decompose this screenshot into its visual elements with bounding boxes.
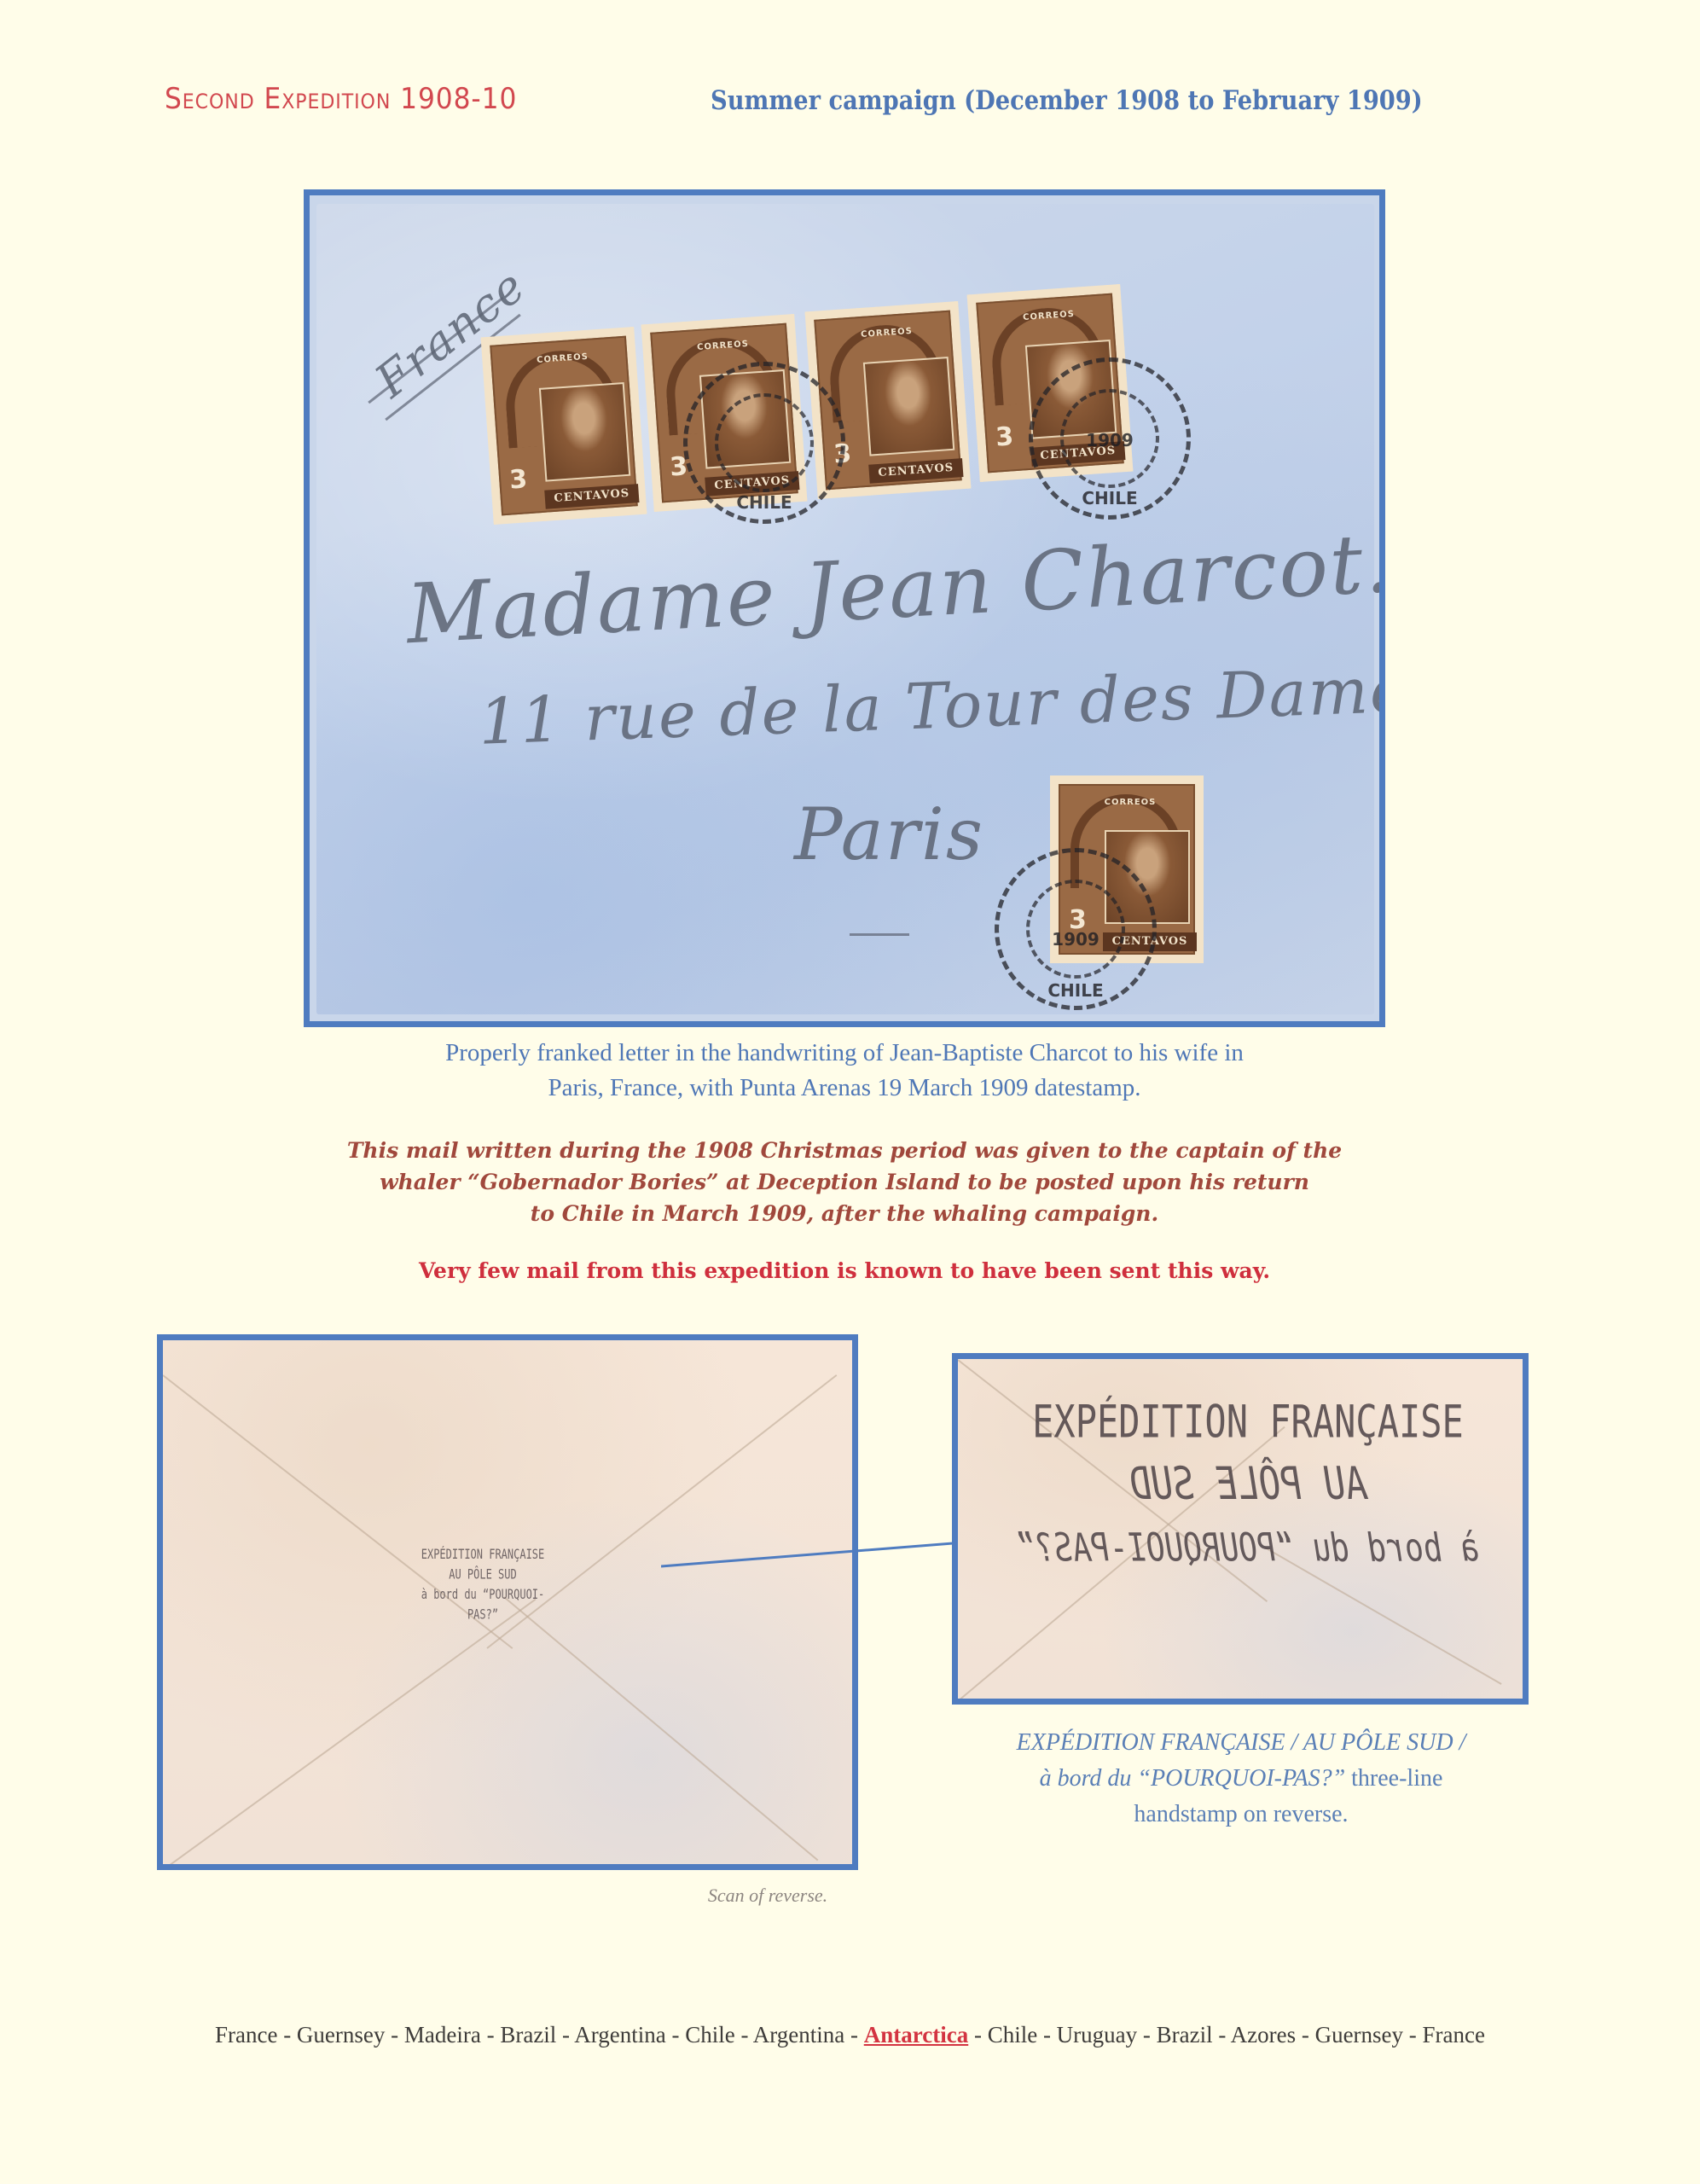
postmark-country: CHILE bbox=[688, 492, 841, 513]
handstamp-caption-line: handstamp on reverse. bbox=[947, 1797, 1535, 1833]
stamp-inscription: CORREOS bbox=[1079, 798, 1181, 807]
route-before: France - Guernsey - Madeira - Brazil - A… bbox=[215, 2022, 864, 2047]
handstamp-caption-line: EXPÉDITION FRANÇAISE / AU PÔLE SUD / bbox=[947, 1725, 1535, 1761]
stamp: CORREOS 3 CENTAVOS bbox=[481, 327, 647, 525]
envelope-flap-edge bbox=[503, 1596, 818, 1861]
pointer-arrow-icon bbox=[661, 1536, 1002, 1570]
handstamp-detail-image: EXPÉDITION FRANÇAISE AU PÔLE SUD à bord … bbox=[952, 1353, 1529, 1705]
handstamp-type: three-line bbox=[1345, 1765, 1442, 1792]
handstamp-impression: EXPÉDITION FRANÇAISE AU PÔLE SUD à bord … bbox=[1009, 1391, 1487, 1580]
history-caption-line: This mail written during the 1908 Christ… bbox=[304, 1135, 1385, 1166]
expedition-route: France - Guernsey - Madeira - Brazil - A… bbox=[0, 2022, 1700, 2048]
handstamp-line: EXPÉDITION FRANÇAISE bbox=[410, 1544, 555, 1564]
stamp-portrait bbox=[863, 357, 954, 456]
stamp-denomination: CENTAVOS bbox=[868, 458, 963, 484]
route-current-stop[interactable]: Antarctica bbox=[864, 2022, 968, 2047]
rarity-note: Very few mail from this expedition is kn… bbox=[304, 1258, 1385, 1283]
envelope-flap-edge bbox=[162, 1599, 536, 1870]
envelope-back: EXPÉDITION FRANÇAISE AU PÔLE SUD à bord … bbox=[163, 1340, 852, 1864]
stamp-denomination: CENTAVOS bbox=[544, 484, 639, 509]
postmark: 1909 CHILE bbox=[1029, 357, 1191, 520]
postmark-year: 1909 bbox=[999, 929, 1152, 950]
handwriting-addressee: Madame Jean Charcot. bbox=[404, 515, 1385, 662]
page-subtitle: Summer campaign (December 1908 to Februa… bbox=[711, 85, 1423, 116]
stamp-value: 3 bbox=[508, 464, 528, 495]
handstamp-line: à bord du “POURQUOI-PAS?” bbox=[410, 1584, 555, 1624]
postmark: CHILE bbox=[683, 362, 845, 524]
cover-reverse-image: EXPÉDITION FRANÇAISE AU PÔLE SUD à bord … bbox=[157, 1334, 858, 1870]
route-after: - Chile - Uruguay - Brazil - Azores - Gu… bbox=[968, 2022, 1485, 2047]
handwriting-city: Paris bbox=[794, 793, 984, 876]
handstamp-line: EXPÉDITION FRANÇAISE bbox=[1009, 1391, 1487, 1454]
stamp-portrait bbox=[539, 382, 630, 482]
postmark-country: CHILE bbox=[999, 980, 1152, 1001]
history-caption-line: whaler “Gobernador Bories” at Deception … bbox=[304, 1166, 1385, 1198]
envelope-front: France Madame Jean Charcot. 11 rue de la… bbox=[316, 204, 1374, 1014]
handstamp-caption-line: à bord du “POURQUOI-PAS?” three-line bbox=[947, 1761, 1535, 1797]
handwriting-street: 11 rue de la Tour des Dames bbox=[478, 652, 1385, 758]
envelope-back-detail: EXPÉDITION FRANÇAISE AU PÔLE SUD à bord … bbox=[958, 1359, 1523, 1699]
stamp-value: 3 bbox=[995, 421, 1014, 452]
postmark-country: CHILE bbox=[1033, 488, 1187, 508]
front-caption-line: Properly franked letter in the handwriti… bbox=[304, 1036, 1385, 1071]
postmark: 1909 CHILE bbox=[995, 848, 1157, 1010]
history-caption: This mail written during the 1908 Christ… bbox=[304, 1135, 1385, 1229]
history-caption-line: to Chile in March 1909, after the whalin… bbox=[304, 1198, 1385, 1229]
handwriting-dash bbox=[850, 933, 909, 936]
scan-caption: Scan of reverse. bbox=[597, 1885, 938, 1907]
handstamp-impression: EXPÉDITION FRANÇAISE AU PÔLE SUD à bord … bbox=[410, 1544, 555, 1624]
section-title: Second Expedition 1908-10 bbox=[165, 82, 517, 116]
front-caption: Properly franked letter in the handwriti… bbox=[304, 1036, 1385, 1106]
postmark-year: 1909 bbox=[1033, 430, 1187, 450]
handstamp-line: AU PÔLE SUD bbox=[410, 1565, 555, 1584]
handstamp-line: à bord du “POURQUOI-PAS?” bbox=[1017, 1519, 1479, 1581]
ship-name: à bord du “POURQUOI-PAS?” bbox=[1040, 1765, 1346, 1792]
handstamp-caption: EXPÉDITION FRANÇAISE / AU PÔLE SUD / à b… bbox=[947, 1725, 1535, 1833]
cover-front-image: France Madame Jean Charcot. 11 rue de la… bbox=[304, 189, 1385, 1027]
front-caption-line: Paris, France, with Punta Arenas 19 Marc… bbox=[304, 1071, 1385, 1106]
handstamp-line: AU PÔLE SUD bbox=[1129, 1453, 1366, 1515]
